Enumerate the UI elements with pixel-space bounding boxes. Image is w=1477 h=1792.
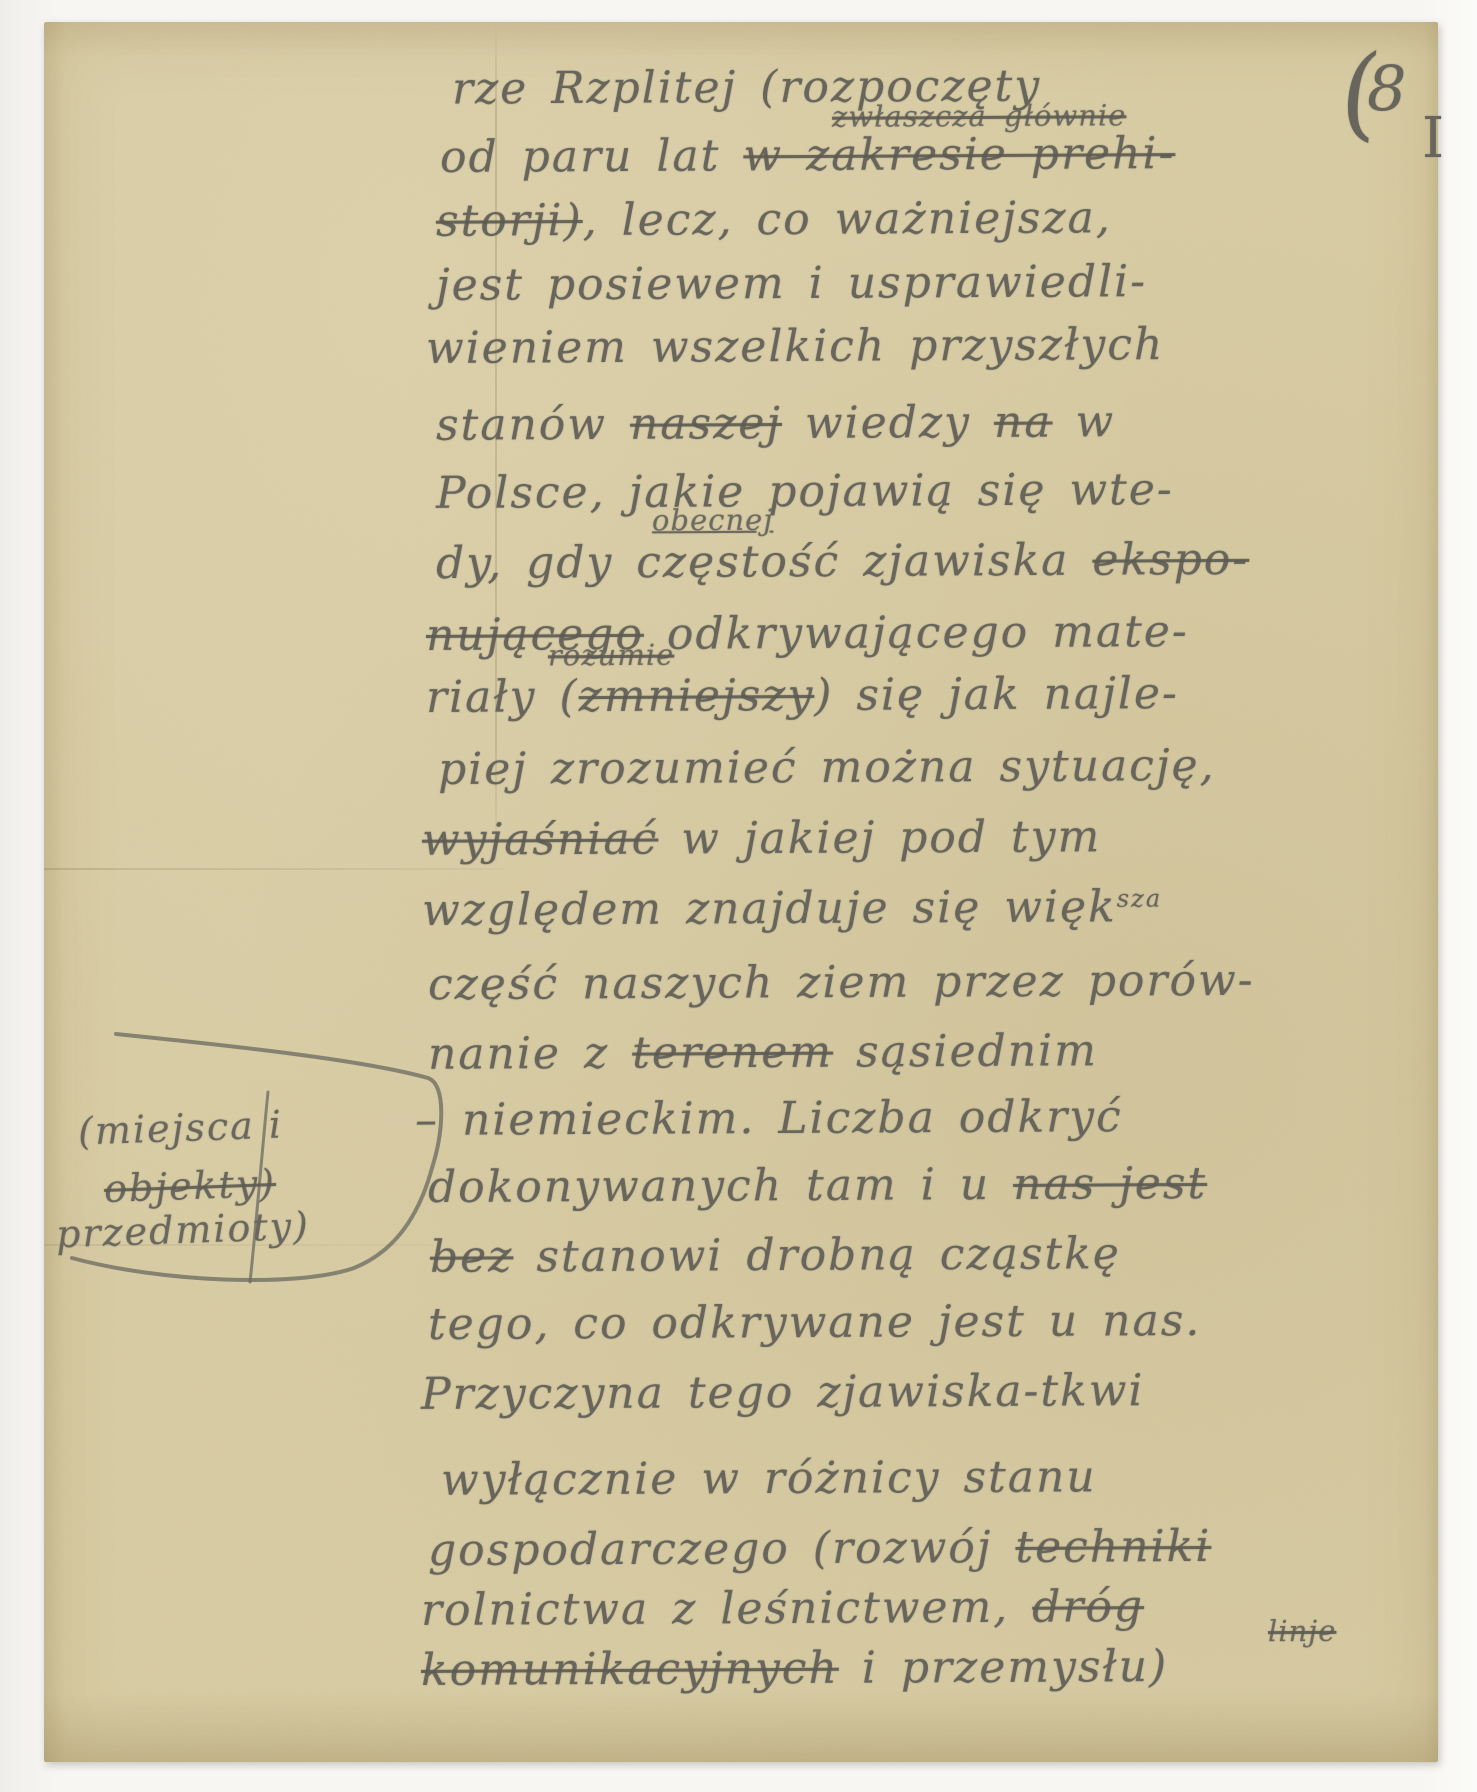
margin-note-line: objekty) [103, 1161, 277, 1211]
margin-note: (miejsca iobjekty)przedmioty) [44, 22, 1438, 1762]
handwritten-text: (miejsca i [77, 1102, 283, 1153]
margin-note-line: przedmioty) [55, 1204, 310, 1257]
struck-text: objekty) [103, 1161, 277, 1211]
scan-background: (8 I rze Rzplitej (rozpoczętyzwłaszcza g… [0, 0, 1477, 1792]
handwritten-text: przedmioty) [55, 1204, 310, 1257]
margin-note-line: (miejsca i [77, 1102, 283, 1153]
manuscript-page: (8 I rze Rzplitej (rozpoczętyzwłaszcza g… [44, 22, 1438, 1762]
